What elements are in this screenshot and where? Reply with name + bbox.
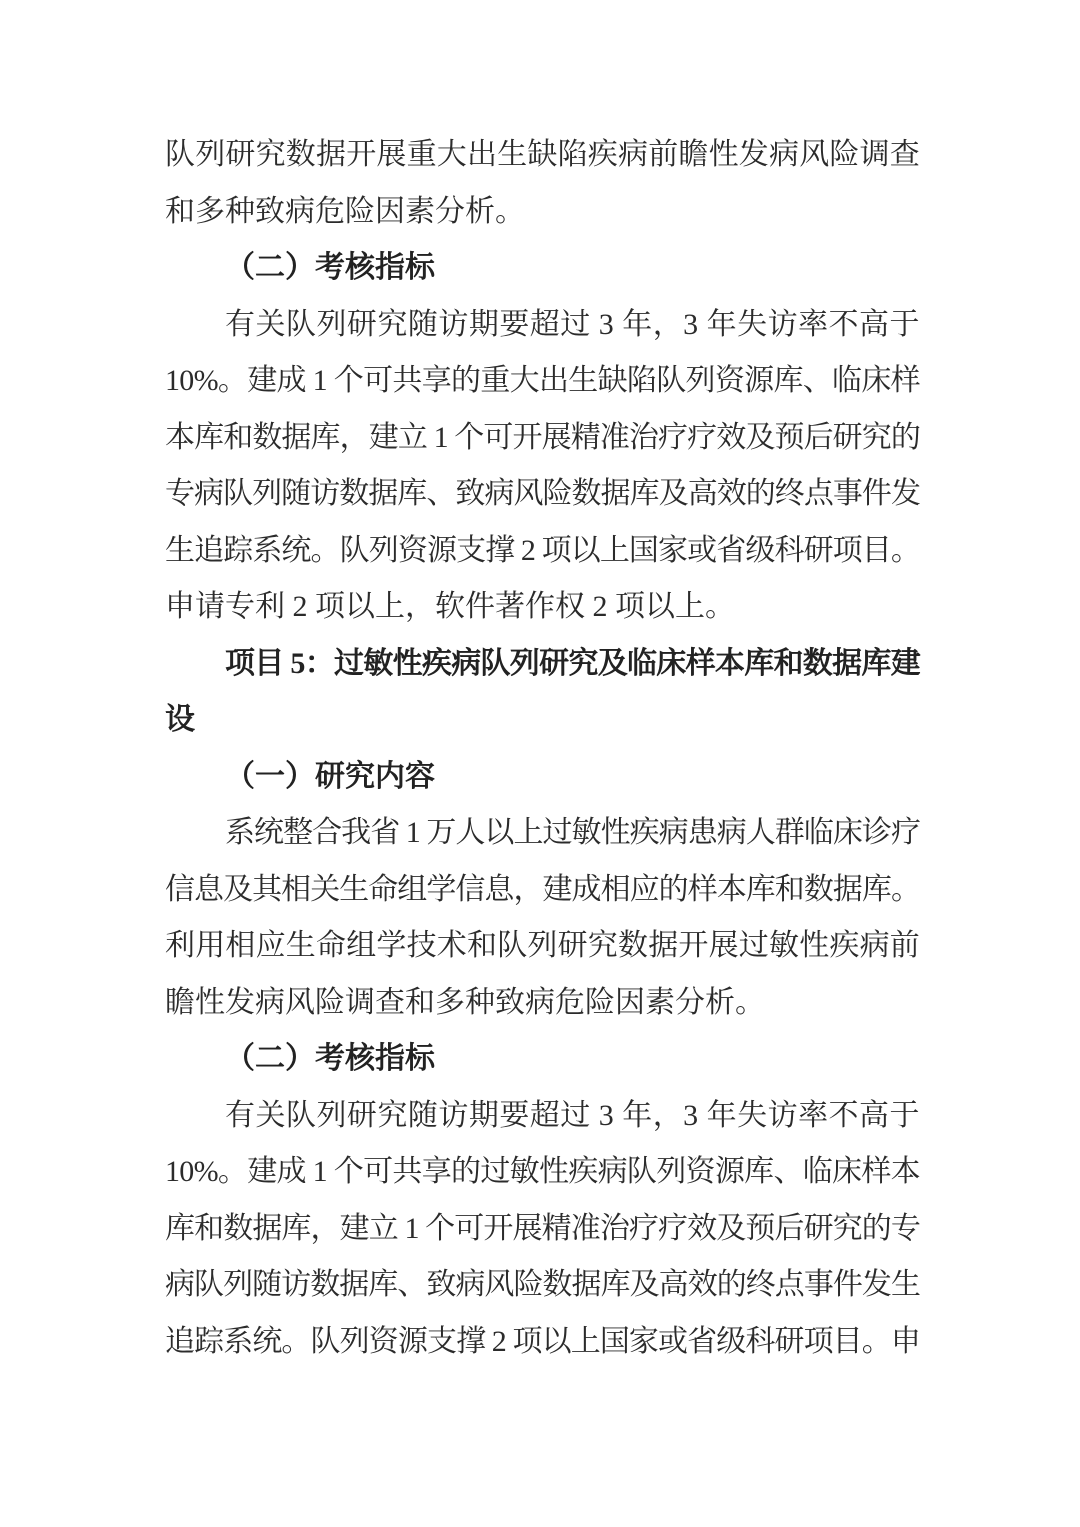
document-page: 队列研究数据开展重大出生缺陷疾病前瞻性发病风险调查 和多种致病危险因素分析。 （…	[0, 0, 1080, 1527]
body-text-line: 和多种致病危险因素分析。	[165, 184, 920, 241]
body-text-line: 利用相应生命组学技术和队列研究数据开展过敏性疾病前	[165, 918, 920, 975]
body-text-line: 系统整合我省 1 万人以上过敏性疾病患病人群临床诊疗	[165, 805, 920, 862]
body-text-line: 10%。建成 1 个可共享的重大出生缺陷队列资源库、临床样	[165, 353, 920, 410]
body-text-line: 本库和数据库，建立 1 个可开展精准治疗疗效及预后研究的	[165, 410, 920, 467]
body-text-line: 库和数据库，建立 1 个可开展精准治疗疗效及预后研究的专	[165, 1201, 920, 1258]
body-text-line: 有关队列研究随访期要超过 3 年，3 年失访率不高于	[165, 1088, 920, 1145]
body-text-line: 病队列随访数据库、致病风险数据库及高效的终点事件发生	[165, 1257, 920, 1314]
body-text-line: 申请专利 2 项以上，软件著作权 2 项以上。	[165, 579, 920, 636]
body-text-line: 10%。建成 1 个可共享的过敏性疾病队列资源库、临床样本	[165, 1144, 920, 1201]
section-heading-line: （二）考核指标	[165, 1031, 920, 1088]
section-heading-line: 设	[165, 692, 920, 749]
text-block: 队列研究数据开展重大出生缺陷疾病前瞻性发病风险调查 和多种致病危险因素分析。 （…	[165, 127, 920, 1370]
section-heading-line: 项目 5：过敏性疾病队列研究及临床样本库和数据库建	[165, 636, 920, 693]
body-text-line: 专病队列随访数据库、致病风险数据库及高效的终点事件发	[165, 466, 920, 523]
body-text-line: 信息及其相关生命组学信息，建成相应的样本库和数据库。	[165, 862, 920, 919]
section-heading-line: （二）考核指标	[165, 240, 920, 297]
section-heading-line: （一）研究内容	[165, 749, 920, 806]
body-text-line: 追踪系统。队列资源支撑 2 项以上国家或省级科研项目。申	[165, 1314, 920, 1371]
body-text-line: 瞻性发病风险调查和多种致病危险因素分析。	[165, 975, 920, 1032]
body-text-line: 队列研究数据开展重大出生缺陷疾病前瞻性发病风险调查	[165, 127, 920, 184]
body-text-line: 生追踪系统。队列资源支撑 2 项以上国家或省级科研项目。	[165, 523, 920, 580]
body-text-line: 有关队列研究随访期要超过 3 年，3 年失访率不高于	[165, 297, 920, 354]
